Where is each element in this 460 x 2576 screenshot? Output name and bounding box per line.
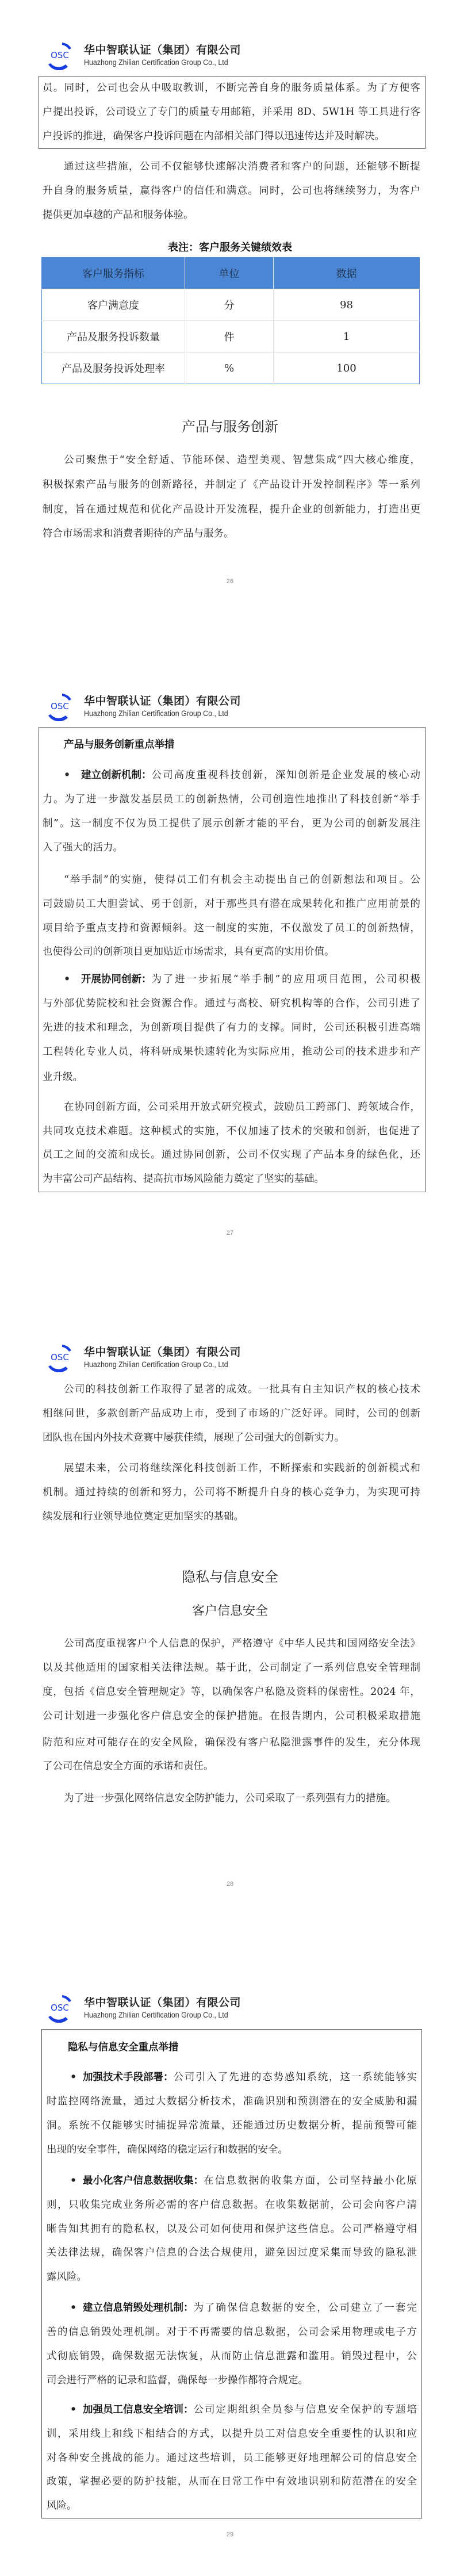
paragraph-line: 洞。系统不仅能够实时捕捉异常流量，还能通过历史数据分析，提前预警可能 bbox=[47, 2119, 417, 2132]
paragraph-line: 以及其他适用的国家相关法律法规。基于此，公司制定了一系列信息安全管理制 bbox=[43, 1662, 420, 1674]
paragraph-line: 时监控网络流量，通过大数据分析技术，准确识别和预测潜在的安全威胁和漏 bbox=[47, 2095, 417, 2108]
company-header: OSC 华中智联认证（集团）有限公司 Huazhong Zhilian Cert… bbox=[45, 691, 252, 725]
svg-text:OSC: OSC bbox=[51, 701, 69, 711]
bullet-text: 为了确保信息数据的安全，公司建立了一套完 bbox=[194, 2302, 417, 2314]
svg-text:OSC: OSC bbox=[51, 50, 69, 60]
svg-text:OSC: OSC bbox=[51, 2003, 69, 2013]
company-name-cn: 华中智联认证（集团）有限公司 bbox=[84, 1994, 241, 2009]
paragraph-line: 升自身的服务质量，赢得客户的信任和满意。同时，公司也将继续努力，为客户 bbox=[43, 185, 420, 197]
company-name-en: Huazhong Zhilian Certification Group Co.… bbox=[84, 2011, 228, 2019]
bullet-item: • 开展协同创新： 为了进一步拓展“举手制”的应用项目范围，公司积极 bbox=[64, 973, 420, 986]
table-caption: 表注：客户服务关键绩效表 bbox=[0, 239, 460, 254]
table-row: 产品及服务投诉处理率 % 100 bbox=[42, 353, 420, 384]
bullet-label: 最小化客户信息数据收集： bbox=[83, 2175, 204, 2187]
paragraph-line: 项目给予重点支持和资源倾斜。这一制度的实施，不仅激发了员工的创新热情， bbox=[43, 922, 420, 935]
paragraph-line: 公司计划进一步强化客户信息安全的保护措施。在报告期内，公司积极采取措施 bbox=[43, 1710, 420, 1723]
paragraph-line: 积极探索产品与服务的创新路径，并制定了《产品设计开发控制程序》等一系列 bbox=[43, 479, 420, 491]
table-cell: 分 bbox=[185, 289, 274, 321]
bullet-text: 为了进一步拓展“举手制”的应用项目范围，公司积极 bbox=[152, 973, 421, 986]
company-header: OSC 华中智联认证（集团）有限公司 Huazhong Zhilian Cert… bbox=[45, 1342, 252, 1376]
paragraph-line: 关法律法规，确保客户信息的合法合规使用，避免因过度采集而导致的隐私泄 bbox=[47, 2246, 417, 2259]
bullet-item: • 建立信息销毁处理机制： 为了确保信息数据的安全，公司建立了一套完 bbox=[70, 2302, 417, 2314]
box-title: 隐私与信息安全重点举措 bbox=[68, 2041, 179, 2054]
paragraph-line: 入了强大的活力。 bbox=[43, 841, 123, 854]
paragraph-line: 露风险。 bbox=[47, 2271, 87, 2283]
bullet-text: 公司引入了先进的态势感知系统，这一系统能够实 bbox=[174, 2071, 417, 2084]
paragraph-line: 通过这些措施，公司不仅能够快速解决消费者和客户的问题，还能够不断提 bbox=[64, 160, 420, 173]
page-number: 28 bbox=[0, 1881, 460, 1888]
paragraph-line: 续发展和行业领导地位奠定更加坚实的基础。 bbox=[43, 1510, 244, 1523]
table-cell: 产品及服务投诉处理率 bbox=[42, 353, 185, 384]
bullet-label: 建立信息销毁处理机制： bbox=[83, 2302, 194, 2314]
company-logo-icon: OSC bbox=[45, 40, 75, 70]
paragraph-line: 了公司在信息安全方面的承诺和责任。 bbox=[43, 1760, 214, 1773]
bullet-label: 开展协同创新： bbox=[81, 973, 152, 986]
table-row: 产品及服务投诉数量 件 1 bbox=[42, 321, 420, 353]
box-line: 户投诉的推进，确保客户投诉问题在内部相关部门得以迅速传达并及时解决。 bbox=[43, 130, 385, 143]
page-number: 27 bbox=[0, 1230, 460, 1237]
bullet-text: 公司高度重视科技创新，深知创新是企业发展的核心动 bbox=[152, 769, 421, 782]
bullet-label: 加强员工信息安全培训： bbox=[83, 2403, 194, 2416]
bullet-item: • 加强员工信息安全培训： 公司定期组织全员参与信息安全保护的专题培 bbox=[70, 2403, 417, 2416]
company-name-cn: 华中智联认证（集团）有限公司 bbox=[84, 1343, 241, 1359]
box-line: 员。同时，公司也会从中吸取教训，不断完善自身的服务质量体系。为了方便客 bbox=[43, 82, 420, 94]
table-cell: 产品及服务投诉数量 bbox=[42, 321, 185, 353]
table-cell: 件 bbox=[185, 321, 274, 353]
paragraph-line: 晰告知其拥有的隐私权，以及公司如何使用和保护这些信息。公司严格遵守相 bbox=[47, 2223, 417, 2236]
paragraph-line: 式彻底销毁，确保数据无法恢复，从而防止信息泄露和滥用。销毁过程中，公 bbox=[47, 2350, 417, 2363]
paragraph-line: 员工之间的交流和成长。通过协同创新，公司不仅实现了产品本身的绿色化，还 bbox=[43, 1149, 420, 1161]
company-name-en: Huazhong Zhilian Certification Group Co.… bbox=[84, 1360, 228, 1369]
bullet-icon: • bbox=[70, 2403, 83, 2416]
box-line: 户提出投诉，公司设立了专门的质量专用邮箱，并采用 8D、5W1H 等工具进行客 bbox=[43, 106, 420, 118]
paragraph-line: 则，只收集完成业务所必需的客户信息数据。在收集数据前，公司会向客户清 bbox=[47, 2199, 417, 2211]
paragraph-line: 对各种安全挑战的能力。通过这些培训，员工能够更好地理解公司的信息安全 bbox=[47, 2452, 417, 2464]
kpi-table: 客户服务指标 单位 数据 客户满意度 分 98 产品及服务投诉数量 件 1 产品… bbox=[41, 257, 420, 384]
bullet-item: • 最小化客户信息数据收集： 在信息数据的收集方面，公司坚持最小化原 bbox=[70, 2175, 417, 2187]
paragraph-line: 机制。通过持续的创新和努力，公司将不断提升自身的核心竞争力，为实现可持 bbox=[43, 1486, 420, 1499]
company-name-en: Huazhong Zhilian Certification Group Co.… bbox=[84, 58, 228, 67]
table-cell: 客户满意度 bbox=[42, 289, 185, 321]
bullet-icon: • bbox=[70, 2071, 83, 2084]
page-number: 26 bbox=[0, 578, 460, 585]
company-logo-icon: OSC bbox=[45, 1342, 75, 1372]
paragraph-line: 为了进一步强化网络信息安全防护能力，公司采取了一系列强有力的措施。 bbox=[64, 1792, 396, 1805]
paragraph-line: 公司聚焦于“安全舒适、节能环保、造型美观、智慧集成”四大核心维度， bbox=[64, 454, 420, 466]
paragraph-line: 公司的科技创新工作取得了显著的成效。一批具有自主知识产权的核心技术 bbox=[64, 1383, 420, 1396]
paragraph-line: 共同攻克技术难题。这种模式的实施，不仅加速了技术的突破和创新，也促进了 bbox=[43, 1125, 420, 1138]
paragraph-line: 提供更加卓越的产品和服务体验。 bbox=[43, 209, 194, 221]
bullet-item: • 建立创新机制： 公司高度重视科技创新，深知创新是企业发展的核心动 bbox=[64, 769, 420, 782]
paragraph-line: 度，包括《信息安全管理规定》等，以确保客户私隐及资料的保密性。2024 年， bbox=[43, 1686, 420, 1698]
paragraph-line: 工程转化专业人员，将科研成果快速转化为实际应用，推动公司的技术进步和产 bbox=[43, 1046, 420, 1058]
paragraph-line: 业升级。 bbox=[43, 1071, 83, 1084]
table-cell: % bbox=[185, 353, 274, 384]
paragraph-line: 力。为了进一步激发基层员工的创新热情，公司创造性地推出了科技创新“举手 bbox=[43, 793, 420, 806]
paragraph-line: 相继问世，多款创新产品成功上市，受到了市场的广泛好评。同时，公司的创新 bbox=[43, 1407, 420, 1420]
paragraph-line: 制”。这一制度不仅为员工提供了展示创新才能的平台，更为公司的创新发展注 bbox=[43, 817, 420, 830]
paragraph-line: 为丰富公司产品结构、提高抗市场风险能力奠定了坚实的基础。 bbox=[43, 1173, 324, 1185]
table-header-row: 客户服务指标 单位 数据 bbox=[42, 258, 420, 289]
svg-text:OSC: OSC bbox=[51, 1352, 69, 1362]
bullet-icon: • bbox=[64, 973, 81, 986]
paragraph-line: 符合市场需求和消费者期待的产品与服务。 bbox=[43, 527, 234, 540]
paragraph-line: 风险。 bbox=[47, 2500, 77, 2512]
column-header: 客户服务指标 bbox=[42, 258, 185, 289]
section-title: 隐私与信息安全 bbox=[0, 1565, 460, 1586]
company-header: OSC 华中智联认证（集团）有限公司 Huazhong Zhilian Cert… bbox=[45, 40, 252, 74]
subsection-title: 客户信息安全 bbox=[0, 1601, 460, 1619]
company-name-cn: 华中智联认证（集团）有限公司 bbox=[84, 692, 241, 708]
paragraph-line: 也使得公司的创新项目更加贴近市场需求，具有更高的实用价值。 bbox=[43, 946, 335, 958]
bullet-icon: • bbox=[70, 2175, 83, 2187]
bullet-label: 建立创新机制： bbox=[81, 769, 152, 782]
bullet-icon: • bbox=[70, 2302, 83, 2314]
table-cell: 100 bbox=[274, 353, 420, 384]
table-row: 客户满意度 分 98 bbox=[42, 289, 420, 321]
paragraph-line: 出现的安全事件，确保网络的稳定运行和数据的安全。 bbox=[47, 2144, 288, 2156]
section-title: 产品与服务创新 bbox=[0, 415, 460, 435]
bullet-icon: • bbox=[64, 769, 81, 782]
company-logo-icon: OSC bbox=[45, 691, 75, 721]
paragraph-line: 司会进行严格的记录和监督，确保每一步操作都符合规定。 bbox=[47, 2374, 308, 2387]
company-name-cn: 华中智联认证（集团）有限公司 bbox=[84, 41, 241, 57]
bullet-item: • 加强技术手段部署： 公司引入了先进的态势感知系统，这一系统能够实 bbox=[70, 2071, 417, 2084]
table-cell: 1 bbox=[274, 321, 420, 353]
company-name-en: Huazhong Zhilian Certification Group Co.… bbox=[84, 709, 228, 718]
box-title: 产品与服务创新重点举措 bbox=[64, 738, 175, 751]
paragraph-line: 训，采用线上和线下相结合的方式，以提升员工对信息安全重要性的认识和应 bbox=[47, 2428, 417, 2440]
paragraph-line: 在协同创新方面，公司采用开放式研究模式，鼓励员工跨部门、跨领域合作， bbox=[64, 1101, 420, 1113]
column-header: 单位 bbox=[185, 258, 274, 289]
paragraph-line: 团队也在国内外技术竞赛中屡获佳绩，展现了公司强大的创新实力。 bbox=[43, 1431, 344, 1444]
paragraph-line: 公司高度重视客户个人信息的保护，严格遵守《中华人民共和国网络安全法》 bbox=[64, 1637, 420, 1650]
column-header: 数据 bbox=[274, 258, 420, 289]
paragraph-line: 政策，掌握必要的防护技能，从而在日常工作中有效地识别和防范潜在的安全 bbox=[47, 2475, 417, 2488]
company-header: OSC 华中智联认证（集团）有限公司 Huazhong Zhilian Cert… bbox=[45, 1993, 252, 2026]
paragraph-line: 与外部优势院校和社会资源合作。通过与高校、研究机构等的合作，公司引进了 bbox=[43, 997, 420, 1010]
paragraph-line: 展望未来，公司将继续深化科技创新工作，不断探索和实践新的创新模式和 bbox=[64, 1462, 420, 1475]
bullet-label: 加强技术手段部署： bbox=[83, 2071, 174, 2084]
paragraph-line: “举手制”的实施，使得员工们有机会主动提出自己的创新想法和项目。公 bbox=[64, 874, 420, 886]
paragraph-line: 司鼓励员工大胆尝试、勇于创新，对于那些具有潜在成果转化和推广应用前景的 bbox=[43, 898, 420, 910]
paragraph-line: 善的信息销毁处理机制。对于不再需要的信息数据，公司会采用物理或电子方 bbox=[47, 2326, 417, 2338]
page-number: 29 bbox=[0, 2531, 460, 2538]
paragraph-line: 制度，旨在通过规范和优化产品设计开发流程，提升企业的创新能力，打造出更 bbox=[43, 503, 420, 516]
paragraph-line: 防范和应对可能存在的安全风险，确保没有客户私隐泄露事件的发生，充分体现 bbox=[43, 1736, 420, 1749]
bullet-text: 公司定期组织全员参与信息安全保护的专题培 bbox=[194, 2403, 417, 2416]
bullet-text: 在信息数据的收集方面，公司坚持最小化原 bbox=[204, 2175, 417, 2187]
paragraph-line: 先进的技术和理念，为创新项目提供了有力的支撑。同时，公司还积极引进高端 bbox=[43, 1021, 420, 1034]
company-logo-icon: OSC bbox=[45, 1993, 75, 2023]
table-cell: 98 bbox=[274, 289, 420, 321]
